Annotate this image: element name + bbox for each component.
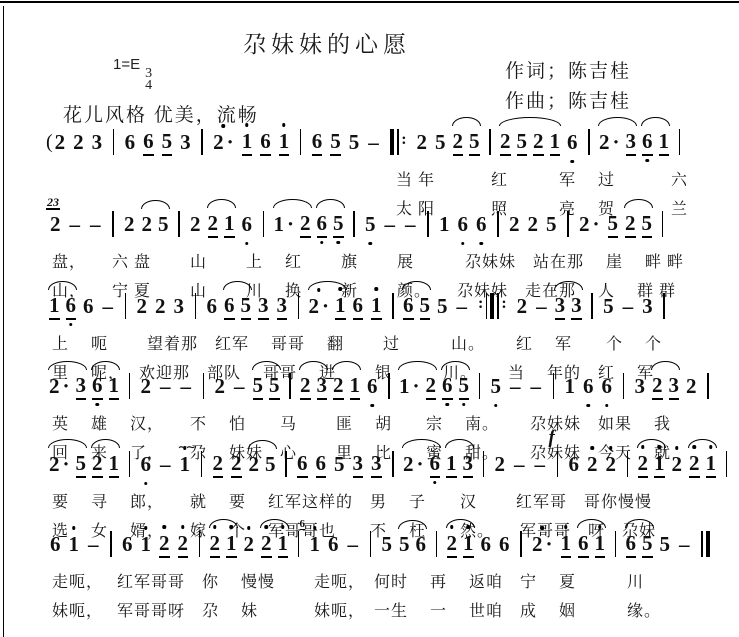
barline-mark [436, 531, 438, 557]
note-digit: 1 [226, 530, 237, 556]
slur-group: 2·6 [400, 450, 443, 478]
note-digit: 6 [367, 373, 378, 399]
barline-mark [701, 531, 703, 557]
note: 1 [595, 530, 606, 558]
music-system: 232––22522161·2655––1662252·525盘， 六 盘 山 … [46, 210, 736, 304]
barline [387, 373, 392, 399]
barline-mark [112, 211, 114, 237]
note: 3 [174, 293, 185, 319]
octave-dot-low [480, 242, 484, 246]
repeat-dots: : [401, 131, 406, 149]
note-digit: 6 [143, 128, 154, 154]
note-digit: 5 [546, 211, 557, 237]
note: 6 [141, 451, 152, 477]
barline [677, 129, 682, 155]
slur-group: 61 [575, 530, 608, 558]
note: 1 [350, 372, 361, 400]
note: 5 [399, 531, 410, 557]
note-digit: 6 [242, 211, 253, 237]
note: 6 [328, 531, 339, 557]
note-digit: 3 [180, 129, 191, 155]
note: 5 [491, 373, 502, 399]
note-digit: 2 [500, 128, 511, 154]
phrase-paren: ( [46, 131, 53, 154]
note: 6 [260, 128, 271, 156]
note-digit: 2 [159, 530, 170, 556]
note-digit: 6 [567, 129, 578, 155]
barline-mark [623, 373, 625, 399]
time-signature-bottom: 4 [145, 80, 152, 92]
note-digit: 2 [509, 211, 520, 237]
note: 1 [706, 450, 717, 478]
barline-mark [490, 293, 494, 319]
note: 1 [561, 530, 572, 558]
note: 3 [353, 450, 364, 478]
note: 3 [555, 292, 566, 320]
barline-mark [486, 293, 488, 319]
barline [296, 531, 301, 557]
note: 2· [579, 211, 600, 237]
top-border-line [0, 1, 739, 3]
note-digit: 2 [686, 373, 697, 399]
note: 2 [244, 531, 255, 557]
octave-dot-low [371, 404, 375, 408]
barline: : [389, 129, 408, 155]
note-digit: 6 [430, 450, 441, 476]
note: 3 [463, 450, 474, 478]
key-time-signature: 1=E34 [113, 56, 152, 92]
barline-mark [199, 531, 201, 557]
duration-dash: – [368, 129, 379, 155]
octave-dot-low [144, 482, 148, 486]
note: 2 [500, 128, 511, 156]
duration-dash: – [535, 451, 546, 477]
barline [127, 451, 132, 477]
note: 6 [430, 450, 441, 478]
octave-dot-high [213, 525, 217, 529]
octave-dot-low [69, 323, 73, 327]
barline-mark [392, 293, 394, 319]
note-digit: 2 [300, 210, 311, 236]
note: 6 [92, 372, 103, 400]
duration-dash: – [160, 451, 171, 477]
slur-arc [641, 117, 670, 126]
note-digit: 2 [417, 129, 428, 155]
note-digit: 6 [141, 451, 152, 477]
note: 5 [437, 293, 448, 319]
time-signature: 34 [145, 68, 152, 92]
lyrics-line: 当 年 红 军 过 六 [46, 167, 736, 193]
note-digit: 1 [109, 372, 120, 398]
lyrics-line: 要 寻 郎， 就 要 红军这样的 男 子 汉 红军哥 哥你慢慢 [46, 489, 736, 515]
note: 5 [265, 451, 276, 477]
note-digit: 5 [162, 128, 173, 154]
note: 1 [49, 292, 60, 320]
octave-dot-high [450, 525, 454, 529]
note: 6 [476, 211, 487, 237]
slur-arc [316, 199, 345, 208]
barline [555, 451, 560, 477]
slur-arc [598, 117, 637, 126]
note-digit: 1 [335, 292, 346, 318]
octave-dot-low [337, 241, 341, 245]
note: 3 [626, 128, 637, 156]
note-digit: 3 [626, 128, 637, 154]
slur-group: 13 [443, 450, 476, 478]
note-digit: – [536, 293, 547, 319]
note-digit: 6 [353, 292, 364, 318]
duration-dash: – [457, 293, 468, 319]
note-digit: 6 [569, 451, 580, 477]
slur-arc [625, 519, 654, 528]
note: 2· [599, 129, 620, 155]
barline-mark [370, 531, 372, 557]
barline [298, 129, 303, 155]
octave-dot-low [245, 242, 249, 246]
score-page: 尕妹妹的心愿 1=E34 作词；陈吉桂 作曲；陈吉桂 花儿风格 优美，流畅 (2… [0, 0, 739, 637]
note: 6 [642, 128, 653, 156]
barline [488, 129, 493, 155]
barline-mark [298, 293, 300, 319]
slur-group: 23 [297, 372, 330, 400]
note: 5 [269, 372, 280, 400]
slur-group: 21 [444, 530, 477, 558]
octave-dot-high [609, 446, 613, 450]
duration-dash: – [531, 373, 542, 399]
note-digit: 2 [210, 530, 221, 556]
note: 5 [162, 128, 173, 156]
slur-group: 21 [635, 450, 668, 478]
slur-group: 2·3 [46, 372, 89, 400]
barline-mark [110, 531, 112, 557]
barline-mark [489, 129, 491, 155]
note-digit: 1 [350, 372, 361, 398]
note: 2 [625, 210, 636, 238]
note: 5 [241, 292, 252, 320]
note-digit: – [234, 373, 245, 399]
barline-mark [567, 211, 569, 237]
slur-group: 25 [139, 211, 172, 237]
barline [426, 211, 431, 237]
slur-group: 33 [552, 292, 585, 320]
note: 6 [143, 128, 154, 156]
note-digit: 6 [442, 372, 453, 398]
barline-mark [663, 293, 665, 319]
note-digit: 1 [371, 292, 382, 318]
octave-dot-high [181, 525, 185, 529]
note: 2 [141, 373, 152, 399]
note-digit: 2 [495, 451, 506, 477]
note: 2 [533, 128, 544, 156]
note-digit: 6 [328, 531, 339, 557]
note-digit: 2 [213, 450, 224, 476]
note: 3 [92, 129, 103, 155]
barline [200, 129, 205, 155]
octave-dot-low [605, 404, 609, 408]
note-digit: 6 [583, 373, 594, 399]
left-border-line [3, 6, 4, 637]
note: 1 [371, 292, 382, 320]
note: 5 [76, 450, 87, 478]
octave-dot-high [641, 445, 645, 449]
note-digit: 2 [50, 211, 61, 237]
barline [127, 373, 132, 399]
barline [477, 373, 482, 399]
note: 3 [277, 292, 288, 320]
note: 6 [416, 531, 427, 557]
note-digit: 2 [213, 129, 224, 155]
note: 2· [49, 451, 70, 477]
note: 2· [403, 451, 424, 477]
note-digit: 6 [50, 531, 61, 557]
slur-group: 23 [649, 372, 682, 400]
duration-dash: – [160, 373, 171, 399]
note: 2 [142, 211, 153, 237]
note-digit: 6 [312, 128, 323, 154]
note-digit: 1 [274, 211, 285, 237]
duration-dash: – [234, 373, 245, 399]
note: 2 [50, 211, 61, 237]
note-digit: – [405, 211, 416, 237]
augmentation-dot: · [417, 451, 424, 477]
note: 3 [642, 293, 653, 319]
slur-group: 21 [205, 210, 238, 238]
note: 1· [399, 373, 420, 399]
note: 3 [317, 372, 328, 400]
note: 3 [258, 292, 269, 320]
note: 3 [371, 450, 382, 478]
octave-dot-high [658, 445, 662, 449]
note-digit: 3 [76, 372, 87, 398]
note-digit: 6 [602, 373, 613, 399]
note-digit: 5 [158, 211, 169, 237]
octave-dot-low [446, 403, 450, 407]
note-digit: 5 [517, 128, 528, 154]
lyricist-credit: 作词；陈吉桂 [505, 56, 631, 83]
octave-dot-high [467, 525, 471, 529]
note-digit: 2 [426, 372, 437, 398]
note: 2 [215, 373, 226, 399]
barline [109, 531, 114, 557]
note: 1 [335, 292, 346, 320]
octave-dot-low [462, 403, 466, 407]
slur-group: 16 [46, 292, 79, 320]
slur-arc [141, 200, 170, 209]
barline [566, 211, 571, 237]
note-digit: – [510, 373, 521, 399]
note: 6 [458, 211, 469, 237]
note-digit: 2 [689, 450, 700, 476]
slur-group: 2521 [497, 128, 563, 156]
note: 5 [435, 129, 446, 155]
note: 6 [224, 292, 235, 320]
barline-mark [289, 373, 291, 399]
barline [662, 293, 667, 319]
note-digit: 5 [608, 210, 619, 236]
octave-dot-high [163, 525, 167, 529]
note-digit: 2 [599, 129, 610, 155]
note: 1 [109, 450, 120, 478]
note: 2 [417, 129, 428, 155]
barline-mark [195, 293, 197, 319]
note: 1 [463, 530, 474, 558]
note-digit: 1 [109, 450, 120, 476]
note: 1 [69, 531, 80, 557]
note: 2 [178, 530, 189, 558]
note-digit: 3 [669, 372, 680, 398]
slur-group: 65 [221, 292, 254, 320]
note-digit: 6 [224, 292, 235, 318]
note: 1 [439, 211, 450, 237]
note-digit: 2 [249, 451, 260, 477]
note-digit: – [160, 373, 171, 399]
note: 6 [122, 531, 133, 557]
note: 6 [626, 530, 637, 558]
music-line: 2·3612––2–55232161·2655––1663232 [46, 372, 736, 408]
octave-dot-high [591, 446, 595, 450]
barline-mark [553, 373, 555, 399]
octave-dot-high [222, 124, 226, 128]
note-digit: – [160, 451, 171, 477]
note: 6 [403, 292, 414, 320]
octave-dot-low [494, 404, 498, 408]
duration-dash: – [623, 293, 634, 319]
note-digit: – [88, 531, 99, 557]
slur-arc [452, 117, 481, 126]
barline [625, 451, 630, 477]
note-digit: – [679, 531, 690, 557]
note: 2 [73, 129, 84, 155]
barline [284, 451, 289, 477]
lyrics-line: 英 雄 汉， 不 怕 马 匪 胡 宗 南。 尕妹妹 如果 我 [46, 411, 736, 437]
slur-group: 2·5 [46, 450, 89, 478]
barline-mark [129, 451, 131, 477]
note: 2 [92, 450, 103, 478]
note-digit: 6 [499, 531, 510, 557]
note-digit: 3 [317, 372, 328, 398]
slur-arc [499, 117, 561, 126]
note: 5 [330, 128, 341, 156]
note-digit: 3 [371, 450, 382, 476]
note-digit: – [90, 211, 101, 237]
note: 5 [420, 292, 431, 320]
note-digit: 6 [578, 530, 589, 556]
slur-group: 65 [314, 210, 347, 238]
note-digit: 1 [561, 530, 572, 556]
note: 2 [447, 530, 458, 558]
note-digit: 6 [481, 531, 492, 557]
note-digit: 6 [92, 372, 103, 398]
note-digit: 6 [476, 211, 487, 237]
barline [352, 211, 357, 237]
slur-arc [207, 199, 236, 208]
note: 2 [231, 450, 242, 478]
barline [368, 531, 373, 557]
note-digit: – [348, 531, 359, 557]
repeat-dots: : [501, 295, 506, 313]
duration-dash: – [90, 211, 101, 237]
note: 5 [349, 129, 360, 155]
note: 5 [517, 128, 528, 156]
note: 6 [602, 373, 613, 399]
barline-mark [129, 373, 131, 399]
barline-mark [285, 451, 287, 477]
note: 2 [453, 128, 464, 156]
note: 2 [210, 530, 221, 558]
style-note: 花儿风格 优美，流畅 [63, 100, 259, 127]
note-digit: 5 [469, 128, 480, 154]
note: 6 [83, 293, 94, 319]
augmentation-dot: · [413, 373, 420, 399]
octave-dot-high [281, 525, 285, 529]
barline-mark [497, 211, 499, 237]
barline [288, 373, 293, 399]
note: 5 [608, 210, 619, 238]
note-digit: 2 [55, 129, 66, 155]
note-digit: 5 [459, 372, 470, 398]
note-digit: 5 [241, 292, 252, 318]
note-digit: 1 [49, 292, 60, 318]
note-digit: 5 [76, 450, 87, 476]
note-digit: 5 [334, 451, 345, 477]
octave-dot-low [96, 403, 100, 407]
note-digit: 6 [642, 128, 653, 154]
note: 6 [442, 372, 453, 400]
note-digit: 1 [69, 531, 80, 557]
barline-mark [392, 451, 394, 477]
note: 2· [49, 373, 70, 399]
note: 2 [208, 210, 219, 238]
slur-group: 21 [686, 450, 719, 478]
note: 2 [587, 451, 598, 477]
note-digit: 3 [258, 292, 269, 318]
slur-group: 2·1 [306, 292, 349, 320]
music-line: 232––22522161·2655––1662252·525 [46, 210, 736, 246]
note-digit: 6 [403, 292, 414, 318]
note: 1 [226, 530, 237, 558]
slur-group: 1·2 [396, 372, 439, 400]
note: 6 [583, 373, 594, 399]
augmentation-dot: · [593, 211, 600, 237]
note: 1 [279, 128, 290, 156]
note-digit: 2 [579, 211, 590, 237]
note: 5 [642, 210, 653, 238]
barline-mark [388, 373, 390, 399]
note: 3 [571, 292, 582, 320]
barline [660, 211, 665, 237]
duration-dash: – [514, 451, 525, 477]
barline [496, 211, 501, 237]
note: 2 [672, 451, 683, 477]
augmentation-dot: · [63, 451, 70, 477]
note-digit: 5 [491, 373, 502, 399]
slur-group: 2·3 [596, 128, 639, 156]
note: 2 [509, 211, 520, 237]
note: 1 [659, 128, 670, 156]
augmentation-dot: · [613, 129, 620, 155]
note-digit: 1 [242, 128, 253, 154]
note: 2 [652, 372, 663, 400]
barline [519, 531, 524, 557]
note-digit: – [368, 129, 379, 155]
note-digit: 1 [463, 530, 474, 556]
lyrics-line: 上 呃 望着那 红军 哥哥 翻 过 山。 红 军 个 个 [46, 331, 736, 357]
barline-mark [706, 531, 710, 557]
slur-group: 25 [246, 451, 279, 477]
barline [621, 373, 626, 399]
barline [391, 451, 396, 477]
barline [613, 531, 618, 557]
